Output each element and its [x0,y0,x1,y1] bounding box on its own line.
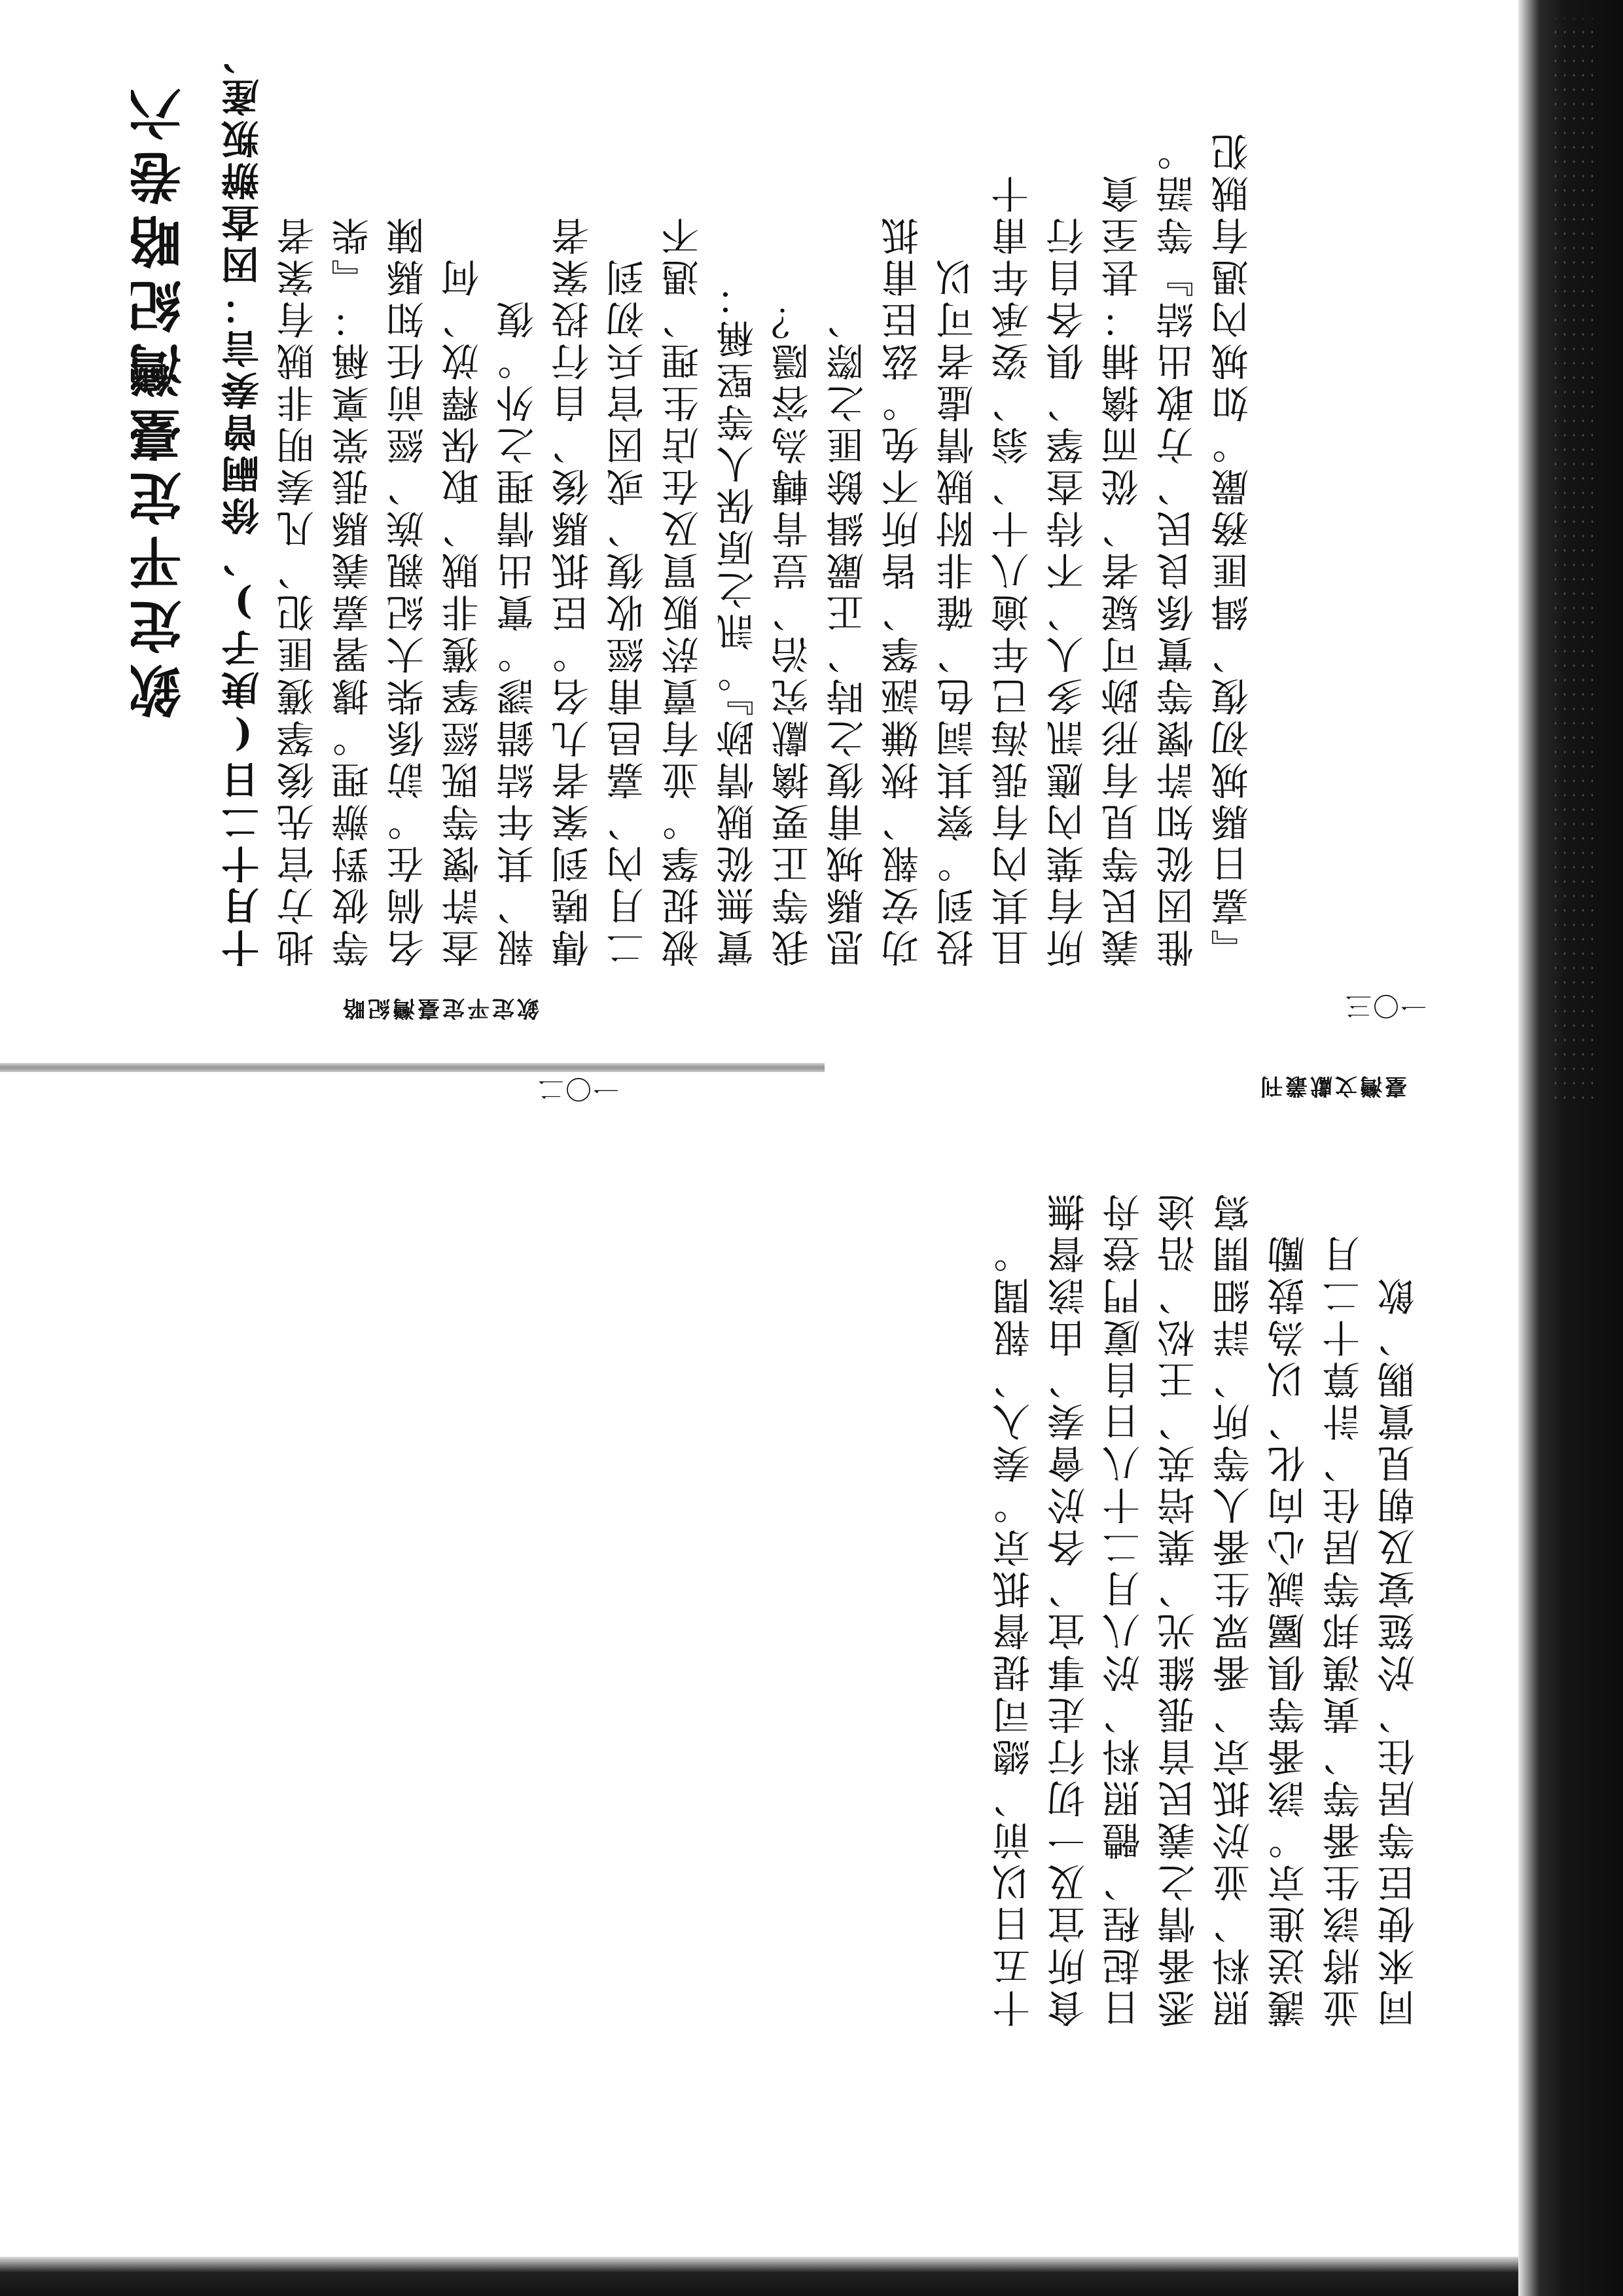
text-column: 十五日以前、總司提督抵京。奏入、報聞。 [987,1124,1042,2028]
text-column: 報、其年結錯謬。實出情理之外。復 [491,64,546,967]
chapter-title: 欽定平定臺灣紀略卷六十五 [131,77,216,967]
text-column: 護送進京。該番等俱屬誠心向化、以為鼓勵 [1262,1124,1317,2028]
page-number: 一〇二 [537,1072,619,1109]
text-column: 等彼對辦理。據署嘉義縣張棠稟稱：『柴 [326,64,381,967]
text-column: 十月十二日(庚子)、徐嗣曾奏言：因查辦叛產、犯屬、檢齊將軍、參贊、提鎮及各 [216,64,271,967]
text-column: 食所宜及一切行走事宜、各於會奏、由該督撫 [1042,1124,1097,2028]
text-column: 並將該生番等、黃漢邦等居住、計算十二月 [1317,1124,1372,2028]
text-column: 查許懷等既經拏獲非賊、取保釋放、何 [436,64,491,967]
text-column: 惟因從知許懷等實係良民、方敢出結』等語。 [1150,64,1205,967]
text-column: 日起程、體照料、於八月二十八日自廈門登舟 [1097,1124,1152,2028]
running-head: 欽定平定臺灣紀略 [340,994,539,1026]
running-head: 臺灣文獻叢刊 [1258,1072,1407,1104]
text-column: 思縣城甫復之時、正嚴緝餘匪之際、 [821,64,876,967]
text-column: 且其內有張海已年逾八十、翁、姿承年甫十 [986,64,1041,967]
text-column: 功安報、挾嫌誣拏、皆所不免。茲臣甫抵 [876,64,931,967]
page-103: 欽定平定臺灣紀略 一〇三 欽定平定臺灣紀略卷六十五 十月十二日(庚子)、徐嗣曾奏… [0,0,1518,1052]
text-column: 悉番情之義民首張維光、葉培英、王松、沿途 [1152,1124,1207,2028]
page-102: 臺灣文獻叢刊 一〇二 十五日以前、總司提督抵京。奏入、報聞。 食所宜及一切行走事… [0,1052,1518,2217]
book-spine [1518,0,1623,2296]
page-number: 一〇三 [1344,989,1427,1026]
scan-bottom-edge [0,2257,1518,2296]
spine-texture [1551,18,1597,1105]
text-column: 照料、並於抵京、番眾生番人等所、詳細開寫 [1207,1124,1262,2028]
text-column: 我等正要擒獻究治、豈肯轉為容隱？ [766,64,821,967]
text-column: 同來使臣等居住、於筵宴及朝見賞賜、飲 [1372,1124,1427,2028]
text-column: 傳曉到案者九名。臣抵縣後、自行投案者 [546,64,601,967]
text-columns: 欽定平定臺灣紀略卷六十五 十月十二日(庚子)、徐嗣曾奏言：因查辦叛產、犯屬、檢齊… [131,64,1260,967]
text-column: 二月內、嘉邑甫經收復、或因官兵初到 [601,64,656,967]
text-column: 義民等見有形跡可疑者、從而擒捕：甚至貪 [1096,64,1150,967]
text-column: 所有葉內應訊多人、不待查拏、俱各自行 [1041,64,1096,967]
text-column: 地方官先後拏獲匪犯、凡奏明非賊有案者 [271,64,326,967]
text-column: 投到。察其詞色、確非附賊情虛者可以 [931,64,986,967]
text-column: 名倘在。訪係柴大紀親族、經前任知縣陳 [381,64,436,967]
text-column: 實無從賊情跡』。訊之原保人等堅稱： [711,64,766,967]
scanned-book-spread: 欽定平定臺灣紀略 一〇三 欽定平定臺灣紀略卷六十五 十月十二日(庚子)、徐嗣曾奏… [0,0,1623,2296]
text-column: 『嘉日縣城初復、緝匪務嚴。如城內遇有賊犯 [1205,64,1260,967]
text-columns: 十五日以前、總司提督抵京。奏入、報聞。 食所宜及一切行走事宜、各於會奏、由該督撫… [987,1124,1427,2028]
text-column: 被捉拏。並有賣菸販買及在店生理、遇不 [656,64,711,967]
